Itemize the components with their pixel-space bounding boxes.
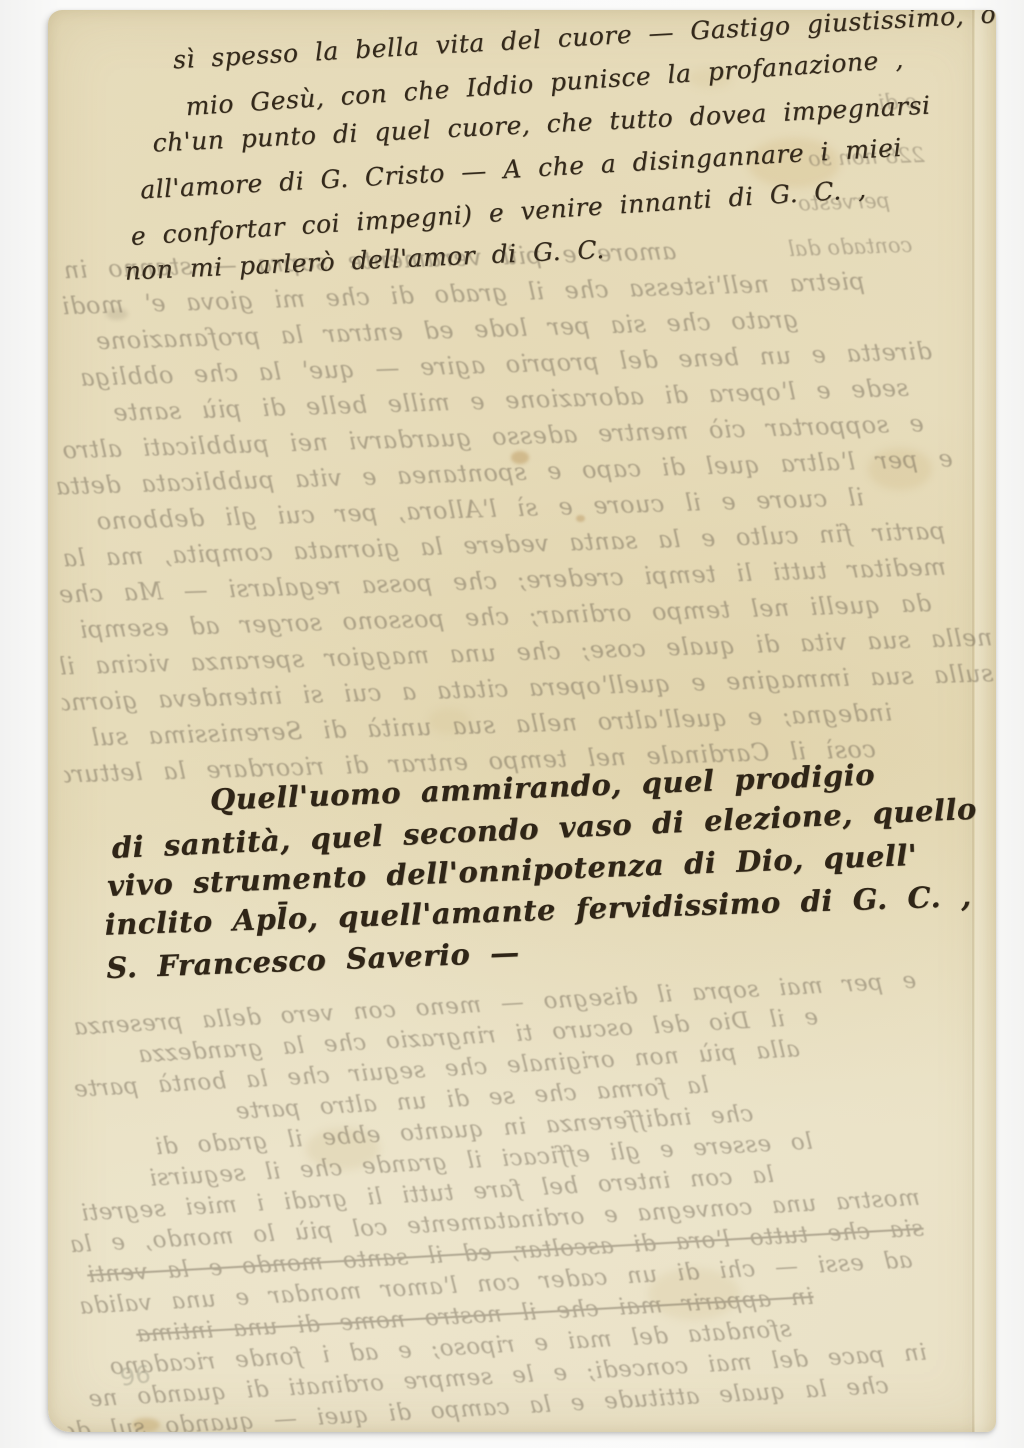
opening-paragraph: sì spesso la bella vita del cuore — Gast… [102, 10, 996, 298]
xavier-paragraph: Quell'uomo ammirando, quel prodigio di s… [97, 749, 996, 989]
bleedthrough-lower-section: e per mai sopra il disegno — meno con ve… [48, 962, 996, 1432]
manuscript-page: o di 228 non so pervesto contado dal amo… [48, 10, 996, 1432]
bleedthrough-upper-section: amore e più veramente sopra — stanno in … [48, 223, 996, 792]
pencil-folio-number: 96 [118, 1360, 152, 1392]
